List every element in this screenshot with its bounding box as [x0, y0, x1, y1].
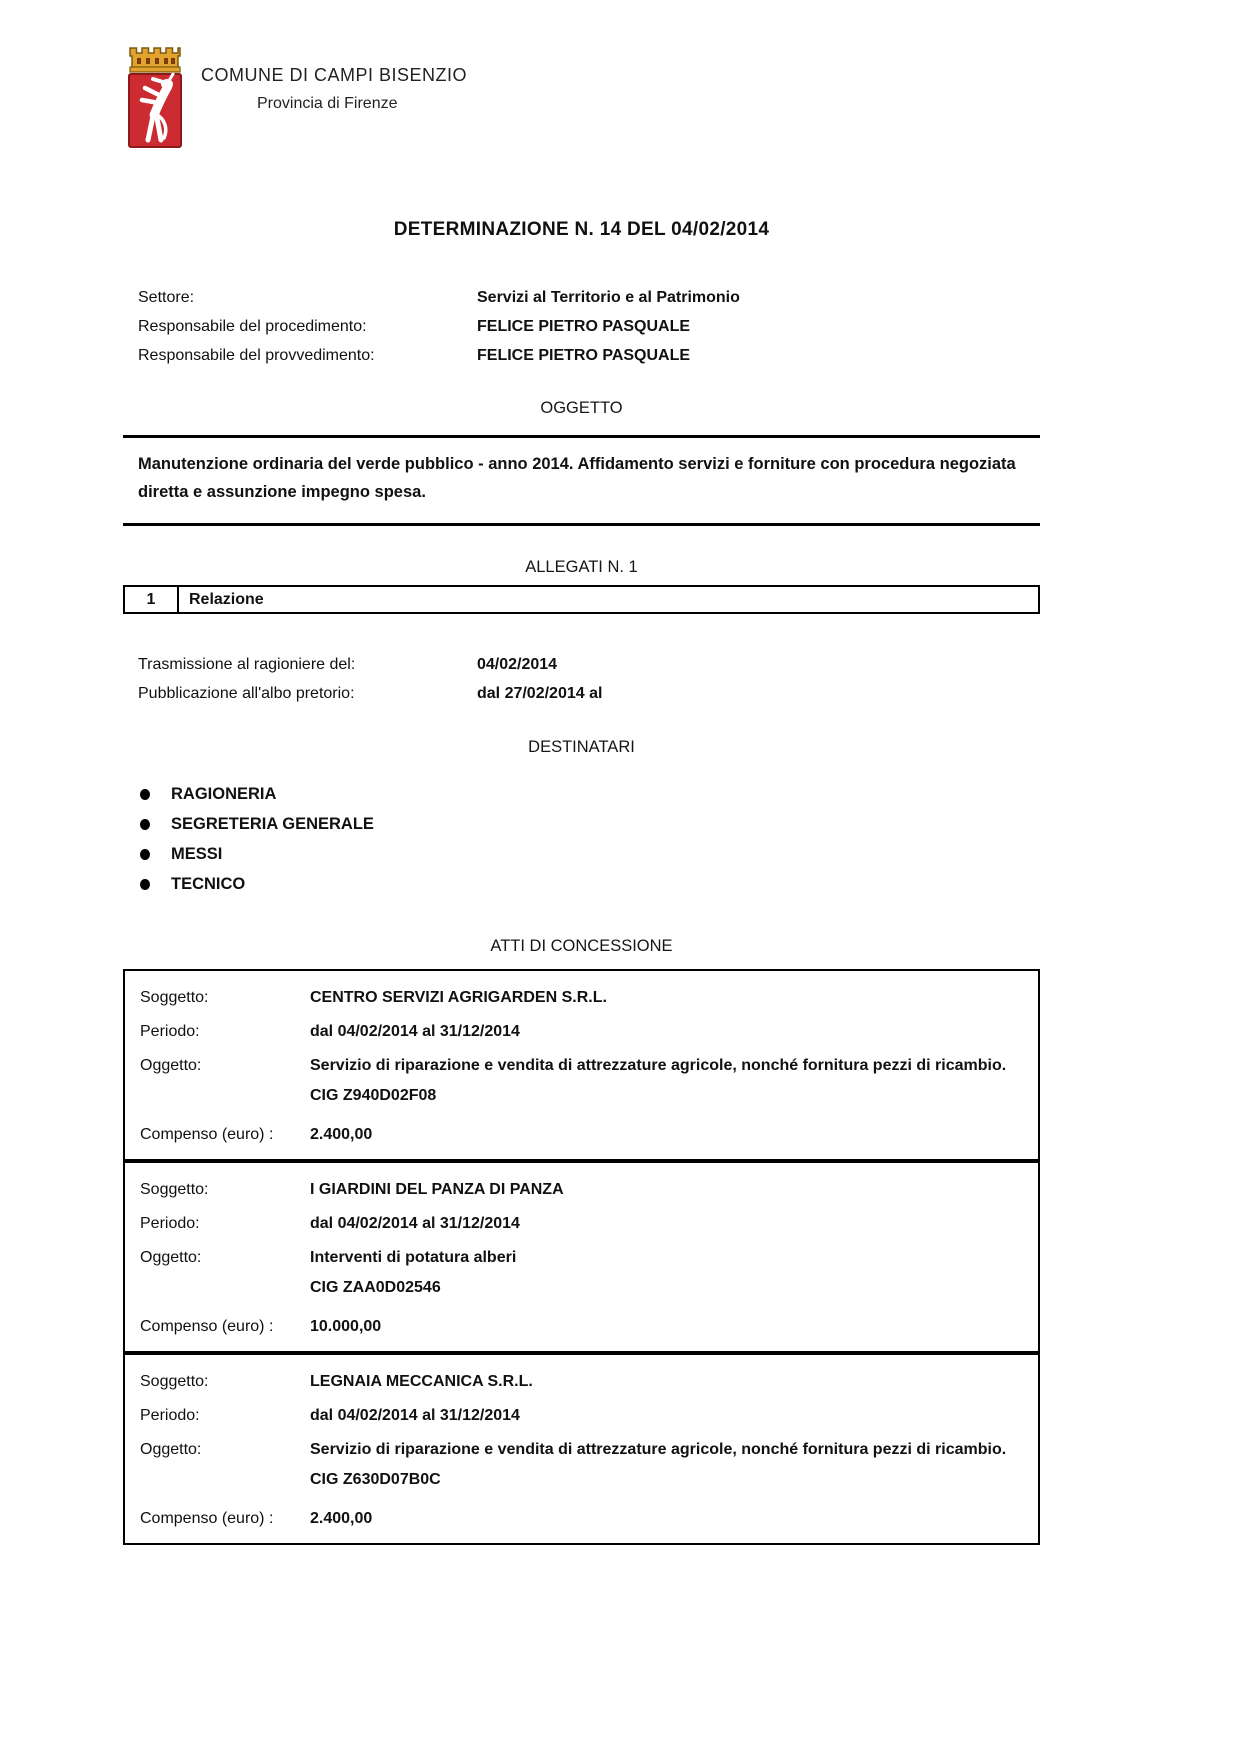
oggetto-value: Interventi di potatura alberi CIG ZAA0D0…: [310, 1243, 1023, 1303]
pubblicazione-row: Pubblicazione all'albo pretorio: dal 27/…: [138, 679, 1040, 708]
concession-box: Soggetto: LEGNAIA MECCANICA S.R.L. Perio…: [123, 1353, 1040, 1545]
municipality-name: COMUNE DI CAMPI BISENZIO: [201, 65, 467, 86]
oggetto-label: Oggetto:: [140, 1051, 310, 1111]
destinatario-label: RAGIONERIA: [171, 785, 276, 804]
trasmissione-value: 04/02/2014: [477, 650, 557, 679]
oggetto-description: Servizio di riparazione e vendita di att…: [310, 1441, 1006, 1458]
soggetto-label: Soggetto:: [140, 1371, 310, 1392]
trasmissione-row: Trasmissione al ragioniere del: 04/02/20…: [138, 650, 1040, 679]
periodo-row: Periodo: dal 04/02/2014 al 31/12/2014: [140, 1213, 1023, 1234]
cig-code: CIG Z940D02F08: [310, 1087, 436, 1104]
destinatario-label: SEGRETERIA GENERALE: [171, 815, 374, 834]
soggetto-row: Soggetto: I GIARDINI DEL PANZA DI PANZA: [140, 1179, 1023, 1200]
responsabile-procedimento-row: Responsabile del procedimento: FELICE PI…: [138, 312, 1040, 341]
comune-crest-logo: [123, 45, 187, 149]
divider: [123, 523, 1040, 526]
compenso-label: Compenso (euro) :: [140, 1508, 310, 1529]
list-item: SEGRETERIA GENERALE: [140, 809, 1040, 839]
allegato-number: 1: [125, 587, 179, 612]
concession-box: Soggetto: CENTRO SERVIZI AGRIGARDEN S.R.…: [123, 969, 1040, 1161]
periodo-row: Periodo: dal 04/02/2014 al 31/12/2014: [140, 1405, 1023, 1426]
periodo-label: Periodo:: [140, 1021, 310, 1042]
bullet-icon: [140, 819, 150, 830]
destinatari-heading: DESTINATARI: [123, 738, 1040, 757]
oggetto-value: Servizio di riparazione e vendita di att…: [310, 1051, 1023, 1111]
compenso-value: 10.000,00: [310, 1316, 1023, 1337]
document-page: COMUNE DI CAMPI BISENZIO Provincia di Fi…: [0, 0, 1240, 1754]
list-item: TECNICO: [140, 869, 1040, 899]
oggetto-value: Servizio di riparazione e vendita di att…: [310, 1435, 1023, 1495]
soggetto-value: I GIARDINI DEL PANZA DI PANZA: [310, 1179, 1023, 1200]
compenso-row: Compenso (euro) : 2.400,00: [140, 1124, 1023, 1145]
compenso-row: Compenso (euro) : 10.000,00: [140, 1316, 1023, 1337]
atti-boxes: Soggetto: CENTRO SERVIZI AGRIGARDEN S.R.…: [123, 969, 1040, 1545]
cig-code: CIG Z630D07B0C: [310, 1471, 441, 1488]
responsabile-provvedimento-label: Responsabile del provvedimento:: [138, 341, 477, 370]
trasmissione-label: Trasmissione al ragioniere del:: [138, 650, 477, 679]
periodo-label: Periodo:: [140, 1405, 310, 1426]
destinatario-label: TECNICO: [171, 875, 245, 894]
compenso-value: 2.400,00: [310, 1124, 1023, 1145]
periodo-value: dal 04/02/2014 al 31/12/2014: [310, 1213, 1023, 1234]
document-header: COMUNE DI CAMPI BISENZIO Provincia di Fi…: [123, 45, 1040, 149]
allegati-heading: ALLEGATI N. 1: [123, 558, 1040, 577]
allegati-table: 1 Relazione: [123, 585, 1040, 614]
province-name: Provincia di Firenze: [257, 95, 467, 113]
bullet-icon: [140, 789, 150, 800]
oggetto-description: Servizio di riparazione e vendita di att…: [310, 1057, 1006, 1074]
soggetto-value: LEGNAIA MECCANICA S.R.L.: [310, 1371, 1023, 1392]
pubblicazione-value: dal 27/02/2014 al: [477, 679, 602, 708]
responsabile-procedimento-label: Responsabile del procedimento:: [138, 312, 477, 341]
oggetto-heading: OGGETTO: [123, 399, 1040, 418]
bullet-icon: [140, 879, 150, 890]
concession-box: Soggetto: I GIARDINI DEL PANZA DI PANZA …: [123, 1161, 1040, 1353]
allegato-name: Relazione: [179, 587, 1038, 612]
oggetto-label: Oggetto:: [140, 1243, 310, 1303]
responsabile-procedimento-value: FELICE PIETRO PASQUALE: [477, 312, 690, 341]
settore-label: Settore:: [138, 283, 477, 312]
cig-code: CIG ZAA0D02546: [310, 1279, 441, 1296]
periodo-value: dal 04/02/2014 al 31/12/2014: [310, 1021, 1023, 1042]
oggetto-description: Interventi di potatura alberi: [310, 1249, 516, 1266]
periodo-row: Periodo: dal 04/02/2014 al 31/12/2014: [140, 1021, 1023, 1042]
atti-heading: ATTI DI CONCESSIONE: [123, 937, 1040, 956]
responsabile-provvedimento-value: FELICE PIETRO PASQUALE: [477, 341, 690, 370]
soggetto-row: Soggetto: LEGNAIA MECCANICA S.R.L.: [140, 1371, 1023, 1392]
destinatario-label: MESSI: [171, 845, 222, 864]
periodo-value: dal 04/02/2014 al 31/12/2014: [310, 1405, 1023, 1426]
soggetto-label: Soggetto:: [140, 1179, 310, 1200]
list-item: RAGIONERIA: [140, 779, 1040, 809]
oggetto-text: Manutenzione ordinaria del verde pubblic…: [123, 438, 1040, 516]
oggetto-row: Oggetto: Interventi di potatura alberi C…: [140, 1247, 1023, 1303]
compenso-row: Compenso (euro) : 2.400,00: [140, 1508, 1023, 1529]
crown-icon: [130, 48, 180, 72]
oggetto-row: Oggetto: Servizio di riparazione e vendi…: [140, 1439, 1023, 1495]
soggetto-value: CENTRO SERVIZI AGRIGARDEN S.R.L.: [310, 987, 1023, 1008]
info-section: Settore: Servizi al Territorio e al Patr…: [123, 283, 1040, 370]
document-title: DETERMINAZIONE N. 14 DEL 04/02/2014: [123, 219, 1040, 241]
oggetto-row: Oggetto: Servizio di riparazione e vendi…: [140, 1055, 1023, 1111]
destinatari-list: RAGIONERIA SEGRETERIA GENERALE MESSI TEC…: [123, 779, 1040, 899]
shield-icon: [129, 74, 181, 147]
compenso-label: Compenso (euro) :: [140, 1124, 310, 1145]
compenso-value: 2.400,00: [310, 1508, 1023, 1529]
bullet-icon: [140, 849, 150, 860]
settore-value: Servizi al Territorio e al Patrimonio: [477, 283, 740, 312]
trasmissione-section: Trasmissione al ragioniere del: 04/02/20…: [123, 650, 1040, 708]
soggetto-row: Soggetto: CENTRO SERVIZI AGRIGARDEN S.R.…: [140, 987, 1023, 1008]
soggetto-label: Soggetto:: [140, 987, 310, 1008]
oggetto-label: Oggetto:: [140, 1435, 310, 1495]
settore-row: Settore: Servizi al Territorio e al Patr…: [138, 283, 1040, 312]
responsabile-provvedimento-row: Responsabile del provvedimento: FELICE P…: [138, 341, 1040, 370]
list-item: MESSI: [140, 839, 1040, 869]
pubblicazione-label: Pubblicazione all'albo pretorio:: [138, 679, 477, 708]
periodo-label: Periodo:: [140, 1213, 310, 1234]
compenso-label: Compenso (euro) :: [140, 1316, 310, 1337]
